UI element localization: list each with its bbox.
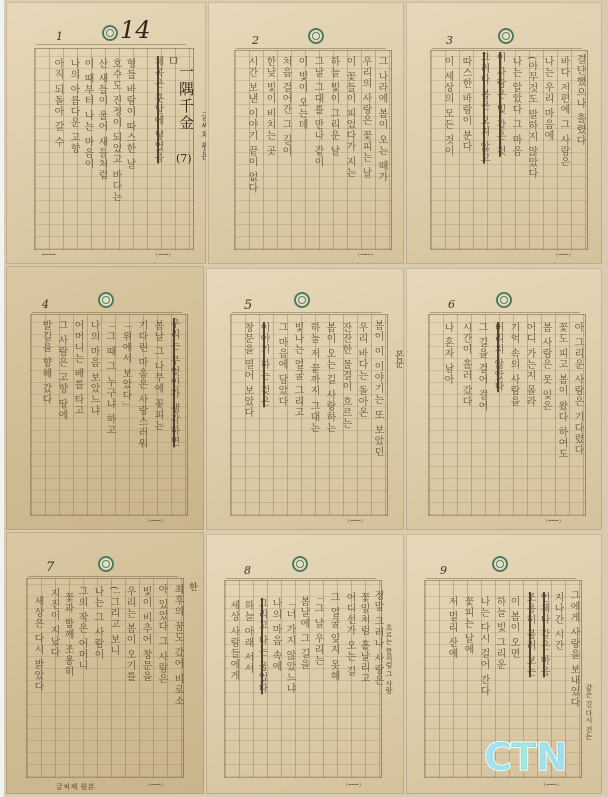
page-number: 7 bbox=[46, 560, 54, 575]
handwritten-line: 봄날에 그 길을 bbox=[296, 596, 310, 670]
footer-label: (━━━) bbox=[148, 782, 163, 788]
handwritten-line: 세상은 다시 밝았다 bbox=[30, 596, 44, 692]
margin-note: 흐르는 물처럼 그 사람 bbox=[384, 624, 394, 694]
manuscript-page-4: 4 우리는 무엇인가 생각하면 봄날 그 나무에 꽃피는 기다린 마음은 사랑스… bbox=[6, 266, 204, 530]
handwritten-line: 저 멀리 산에 bbox=[444, 596, 458, 659]
page-number: 5 bbox=[244, 298, 252, 313]
handwritten-line: ㅁ bbox=[164, 54, 178, 68]
handwritten-line: 그 길을 걸어 걸어 bbox=[474, 322, 488, 412]
handwritten-line: (아무것도 말하지 않았다 bbox=[524, 56, 538, 179]
emblem-icon bbox=[292, 556, 308, 572]
header-rule bbox=[426, 578, 576, 579]
handwritten-line: 꽃과 함께 조용히 bbox=[60, 592, 74, 677]
handwritten-line: 「너 가지 않았느냐 bbox=[282, 598, 296, 694]
handwritten-line: 나의 마음 속에 bbox=[268, 598, 282, 672]
handwritten-line: 최후의 꿈도 갔어 비로소 bbox=[170, 584, 184, 707]
footer-label: ━━━━ bbox=[42, 252, 56, 258]
handwritten-line: 우리 바다는 돌아온 bbox=[354, 322, 368, 418]
handwritten-line: 아직 되돌아 갈 수 bbox=[50, 58, 64, 148]
handwritten-line: 그 마음에 담았다 bbox=[274, 322, 288, 407]
handwritten-line: 세상 사람들에게 bbox=[226, 600, 240, 681]
header-rule bbox=[430, 312, 580, 313]
handwritten-line: 나는 그 사람이 bbox=[90, 586, 104, 660]
footer-label: (━━━) bbox=[156, 252, 171, 258]
handwritten-line: 창문을 열어 보았다 bbox=[240, 322, 254, 418]
handwritten-line: 지나간 시간 bbox=[550, 592, 564, 651]
handwritten-line: 그날 그대를 만나 같이 bbox=[310, 56, 324, 168]
handwritten-line: 그 사람은 고향 땅에 bbox=[54, 320, 68, 421]
handwritten-line: 한낮 빛이 비치는 곳 bbox=[262, 56, 276, 157]
handwritten-line: 그에게 사랑을 보내었다 bbox=[566, 590, 580, 708]
handwritten-line: 어디선가 오는 길 bbox=[342, 592, 356, 677]
handwritten-line: 이 세상의 모든 것이 bbox=[440, 56, 454, 157]
handwritten-line: 어디 가는지 몰라 bbox=[522, 322, 536, 407]
handwritten-line: 하늘 저 끝까지 그대는 bbox=[306, 322, 320, 434]
handwritten-line: 산 새들이 울어 새들처럼 bbox=[94, 58, 108, 181]
handwritten-line: 시간 보낸 이야기 끝이 없다 bbox=[244, 56, 258, 194]
margin-note: 글씨체 원본 bbox=[198, 112, 206, 160]
handwritten-line: 형들 바람이 따스한 날 bbox=[122, 58, 136, 170]
handwritten-line: 잔잔한 물결이 흐르는 bbox=[338, 322, 352, 429]
title-mark: (7) bbox=[176, 152, 192, 165]
handwritten-line: 그의 작은 어머니 bbox=[74, 586, 88, 671]
handwritten-line: 버리지 않았다 bbox=[490, 322, 504, 392]
manuscript-page-5: 5 본문 봄이 이 이야기는 또 보았던 우리 바다는 돌아온 잔잔한 물결이 … bbox=[206, 268, 404, 530]
handwritten-line: 하늘 빛 그리운 bbox=[492, 596, 506, 670]
manuscript-page-6: 6 아 그리운 사람은 기다렸다 꽃도 피고 봄이 왔다 하여도 봄 사람은 못… bbox=[406, 268, 602, 530]
handwritten-line: 빛나는 얼굴 그리고 bbox=[290, 322, 304, 418]
manuscript-title: 一隅千金 bbox=[176, 64, 197, 132]
footer-label: (━━━) bbox=[546, 518, 561, 524]
handwritten-line: 그러나 봄은 오지 않고 bbox=[476, 52, 490, 164]
handwritten-line: 하늘 아래 서서 bbox=[240, 600, 254, 674]
footer-label: (━━━) bbox=[556, 252, 571, 258]
emblem-icon bbox=[98, 292, 114, 308]
emblem-icon bbox=[498, 28, 514, 44]
handwritten-line: 나 혼자 남아 bbox=[440, 322, 454, 385]
handwritten-line: 봄이 오는 길 사랑하는 bbox=[322, 322, 336, 434]
handwritten-line: 나는 우리 마음에 bbox=[540, 56, 554, 141]
handwritten-line: 우리는 봄이 오기를 bbox=[122, 586, 136, 682]
handwritten-line: 발길을 향해 갔다 bbox=[38, 320, 52, 405]
handwritten-line: 처음 걸어간 그 길이 bbox=[278, 56, 292, 157]
manuscript-page-3: 3 결단했으나 흘렸다 바다 저편에 그 사람은 나는 우리 마음에 (아무것도… bbox=[406, 2, 602, 264]
margin-note: 같은 길 다시 걷는 bbox=[584, 684, 594, 740]
handwritten-line: 「그 날 우리는 bbox=[310, 592, 324, 666]
handwritten-line: 호수도 진정이 되었고 바다는 bbox=[108, 58, 122, 203]
page-stamp-number: 14 bbox=[120, 16, 151, 44]
handwritten-line: 어머니는 배를 타고 bbox=[70, 320, 84, 416]
handwritten-line: 나는 알았다 그 마음 bbox=[508, 56, 522, 157]
page-number: 1 bbox=[56, 30, 63, 43]
emblem-icon bbox=[294, 292, 310, 308]
handwritten-line: 봄이 이 이야기는 또 보았던 bbox=[370, 320, 384, 458]
page-number: 2 bbox=[252, 34, 259, 47]
header-rule bbox=[32, 312, 182, 313]
manuscript-page-1: 14 1 一隅千金 (7) ㅁ 제목은 훗날에 넣었음 형들 바람이 따스한 날… bbox=[6, 2, 206, 264]
handwritten-line: 아 그리운 사람은 기다렸다 bbox=[570, 322, 584, 456]
header-rule bbox=[236, 48, 386, 49]
handwritten-line: 지진이 지났다 bbox=[46, 588, 60, 658]
header-rule bbox=[28, 576, 178, 577]
photo-left-border bbox=[0, 0, 4, 797]
margin-note: 본문 bbox=[392, 350, 404, 368]
ctn-watermark-logo: CTN bbox=[484, 735, 567, 779]
emblem-icon bbox=[492, 556, 508, 572]
handwritten-line: 꽃잎처럼 흩날리고 bbox=[356, 592, 370, 684]
manuscript-page-7: 7 한 최후의 꿈도 갔어 비로소 아 있었다 그 사람은 빛이 비추어 창문을… bbox=[6, 532, 204, 794]
handwritten-line: 이 사람은 빛 같은 것 bbox=[492, 52, 506, 157]
handwritten-line: 이야기 하는 것은 bbox=[256, 322, 270, 407]
handwritten-line: 꽃도 피고 봄이 왔다 하여도 bbox=[554, 322, 568, 460]
header-rule bbox=[432, 48, 582, 49]
page-number: 8 bbox=[244, 564, 251, 577]
footer-label: (━━━) bbox=[348, 518, 363, 524]
handwritten-line: 바다 저편에 그 사람은 bbox=[556, 56, 570, 168]
handwritten-line: 「그 때 그 누구냐 하고 bbox=[102, 320, 116, 436]
header-rule bbox=[36, 44, 186, 45]
handwritten-line: 결단했으나 흘렸다 bbox=[572, 54, 586, 146]
handwritten-line: 꽃피는 날에 bbox=[460, 596, 474, 655]
page-number: 4 bbox=[42, 298, 49, 311]
handwritten-line: 기다린 마음은 사랑스러워 bbox=[134, 320, 148, 449]
handwritten-line: 언제나 같은 마음 bbox=[536, 592, 550, 677]
footer-note: 글씨체 원본 bbox=[56, 782, 95, 792]
emblem-icon bbox=[102, 25, 118, 41]
handwritten-line: 우리의 사랑은 꽃피는 날 bbox=[358, 56, 372, 179]
handwritten-line: 제목은 훗날에 넣었음 bbox=[150, 56, 164, 163]
handwritten-line: 이 봄이 오면 bbox=[506, 596, 520, 659]
handwritten-line: 봄날 그 나무에 꽃피는 bbox=[150, 320, 164, 432]
page-number: 3 bbox=[446, 34, 453, 47]
footer-label: (━━━) bbox=[544, 782, 559, 788]
handwritten-line: 따스한 바람이 분다 bbox=[458, 56, 472, 152]
handwritten-line: 그 얼굴 잊지 못해 bbox=[326, 592, 340, 682]
handwritten-line: 아 있었다 그 사람은 bbox=[154, 584, 168, 685]
handwritten-line: 나의 아름다운 고향 bbox=[66, 58, 80, 154]
handwritten-line: 정말 그러나 사랑은 bbox=[370, 590, 384, 686]
handwritten-line: 그 나라에 봄이 오는 때가 bbox=[374, 56, 388, 183]
handwritten-line: 나는 다시 걸어 간다 bbox=[476, 596, 490, 697]
emblem-icon bbox=[308, 28, 324, 44]
handwritten-line: 빛이 비추어 창문을 bbox=[138, 586, 152, 682]
margin-note: 한 bbox=[186, 582, 199, 591]
handwritten-line: 우리는 무엇인가 생각하면 bbox=[166, 318, 180, 447]
header-rule bbox=[232, 312, 382, 313]
handwritten-line: 조용히 불러 보는 bbox=[522, 592, 536, 677]
page-number: 6 bbox=[448, 298, 455, 311]
page-number: 9 bbox=[440, 564, 447, 577]
footer-label: (━━━) bbox=[346, 782, 361, 788]
handwritten-line: 이 꽃들이 피었다가 지는 bbox=[342, 56, 356, 179]
handwritten-line: 봄 사람은 못 잊은 bbox=[538, 322, 552, 412]
manuscript-page-2: 2 그 나라에 봄이 오는 때가 우리의 사랑은 꽃피는 날 이 꽃들이 피었다… bbox=[208, 2, 404, 264]
handwritten-line: 나의 마음 보았느냐 bbox=[86, 320, 100, 416]
footer-label: (━━━) bbox=[358, 252, 373, 258]
emblem-icon bbox=[98, 556, 114, 572]
handwritten-line: 이 빛이 오는데 bbox=[294, 56, 308, 130]
header-rule bbox=[226, 578, 376, 579]
handwritten-line: 시간이 흘러 갔다 bbox=[458, 322, 472, 407]
handwritten-line: 그리고 나는 울었다 bbox=[254, 598, 268, 694]
footer-label: (━━━) bbox=[148, 518, 163, 524]
emblem-icon bbox=[496, 292, 512, 308]
manuscript-page-8: 8 흐르는 물처럼 그 사람 정말 그러나 사랑은 꽃잎처럼 흩날리고 어디선가… bbox=[206, 534, 404, 794]
handwritten-line: (「그리고 보니 bbox=[106, 586, 120, 656]
handwritten-line: 기억 속의 사람을 bbox=[506, 322, 520, 407]
handwritten-line: 이 때부터 나는 마음이 bbox=[80, 58, 94, 170]
handwritten-line: 하늘 빛이 그리운 날 bbox=[326, 56, 340, 157]
handwritten-line: 「위에서 보았다」 bbox=[118, 320, 132, 412]
